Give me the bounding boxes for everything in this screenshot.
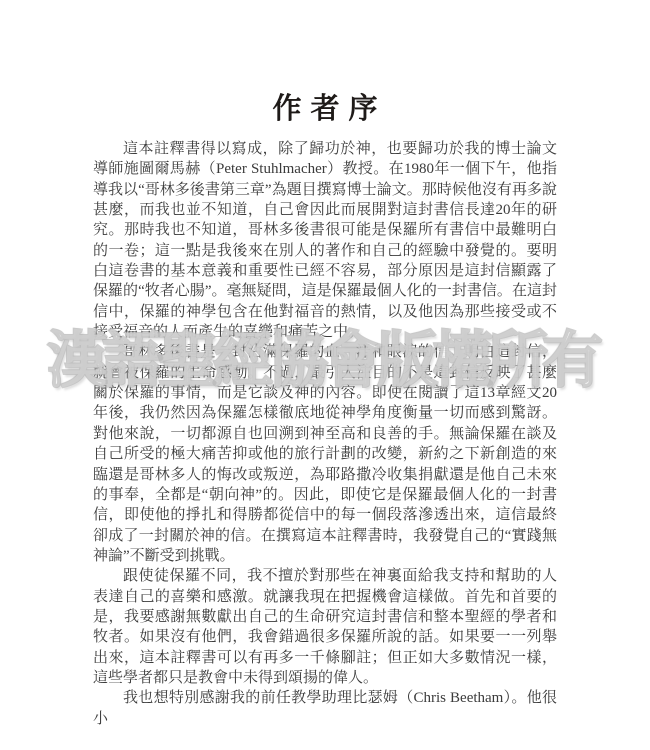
paragraph-3: 跟使徒保羅不同，我不擅於對那些在神裏面給我支持和幫助的人表達自己的喜樂和感激。就… [93, 566, 557, 688]
paragraph-2: 哥林多後書是一封沾滿保羅的血、汗和眼淚的信。明白這封信，就會被保羅的生命感動。不… [93, 342, 557, 566]
page-title: 作者序 [0, 86, 650, 127]
paragraph-4: 我也想特別感謝我的前任教學助理比瑟姆（Chris Beetham）。他很小 [93, 688, 557, 729]
book-page: 作者序 這本註釋書得以寫成，除了歸功於神，也要歸功於我的博士論文導師施圖爾馬赫（… [0, 0, 650, 750]
paragraph-1: 這本註釋書得以寫成，除了歸功於神，也要歸功於我的博士論文導師施圖爾馬赫（Pete… [93, 139, 557, 342]
preface-body: 這本註釋書得以寫成，除了歸功於神，也要歸功於我的博士論文導師施圖爾馬赫（Pete… [93, 139, 557, 729]
